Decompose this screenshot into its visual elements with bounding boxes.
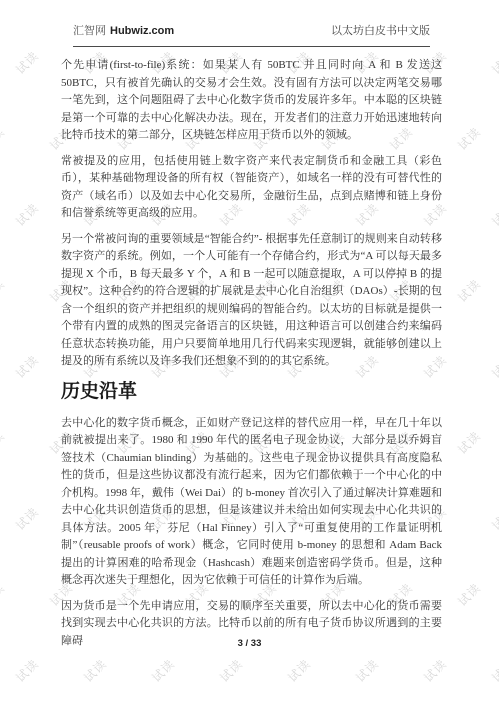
watermark-text: 试读 bbox=[284, 655, 314, 685]
watermark-text: 试读 bbox=[488, 351, 499, 381]
document-title: 以太坊白皮书中文版 bbox=[331, 24, 430, 38]
watermark-text: 试读 bbox=[250, 0, 280, 2]
watermark-text: 试读 bbox=[488, 655, 499, 685]
watermark-text: 试读 bbox=[420, 655, 450, 685]
document-page: 试读试读试读试读试读试读试读试读试读试读试读试读试读试读试读试读试读试读试读试读… bbox=[0, 0, 499, 706]
watermark-text: 试读 bbox=[488, 199, 499, 229]
watermark-text: 试读 bbox=[12, 503, 42, 533]
page-header: 汇智网Hubwiz.com 以太坊白皮书中文版 bbox=[73, 24, 430, 47]
site-brand: 汇智网Hubwiz.com bbox=[73, 24, 174, 38]
watermark-text: 试读 bbox=[454, 123, 484, 153]
watermark-text: 试读 bbox=[182, 0, 212, 2]
watermark-text: 试读 bbox=[454, 427, 484, 457]
watermark-text: 试读 bbox=[148, 655, 178, 685]
watermark-text: 试读 bbox=[0, 123, 8, 153]
watermark-text: 试读 bbox=[386, 0, 416, 2]
page-footer: 3 / 33 bbox=[0, 638, 499, 649]
watermark-text: 试读 bbox=[0, 0, 8, 2]
watermark-text: 试读 bbox=[352, 655, 382, 685]
page-number: 3 / 33 bbox=[238, 638, 262, 649]
watermark-text: 试读 bbox=[454, 579, 484, 609]
watermark-text: 试读 bbox=[0, 275, 8, 305]
watermark-text: 试读 bbox=[114, 0, 144, 2]
watermark-text: 试读 bbox=[12, 655, 42, 685]
site-domain: Hubwiz.com bbox=[110, 25, 174, 37]
watermark-text: 试读 bbox=[488, 47, 499, 77]
site-name: 汇智网 bbox=[73, 25, 106, 37]
watermark-text: 试读 bbox=[454, 275, 484, 305]
watermark-text: 试读 bbox=[318, 0, 348, 2]
paragraph: 另一个常被问询的重要领域是“智能合约”- 根据事先任意制订的规则来自动转移数字资… bbox=[61, 231, 442, 371]
paragraph: 常被提及的应用，包括使用链上数字资产来代表定制货币和金融工具（彩色币），某种基础… bbox=[61, 153, 442, 223]
watermark-text: 试读 bbox=[216, 655, 246, 685]
section-heading: 历史沿革 bbox=[61, 381, 442, 403]
watermark-text: 试读 bbox=[488, 503, 499, 533]
watermark-text: 试读 bbox=[0, 579, 8, 609]
watermark-text: 试读 bbox=[80, 655, 110, 685]
page-content: 个先申请(first-to-file)系统：如果某人有 50BTC 并且同时向 … bbox=[61, 57, 442, 658]
watermark-text: 试读 bbox=[46, 0, 76, 2]
paragraph: 去中心化的数字货币概念，正如财产登记这样的替代应用一样，早在几十年以前就被提出来… bbox=[61, 415, 442, 590]
watermark-text: 试读 bbox=[454, 0, 484, 2]
watermark-text: 试读 bbox=[12, 351, 42, 381]
watermark-text: 试读 bbox=[0, 427, 8, 457]
watermark-text: 试读 bbox=[12, 47, 42, 77]
watermark-text: 试读 bbox=[12, 199, 42, 229]
paragraph: 个先申请(first-to-file)系统：如果某人有 50BTC 并且同时向 … bbox=[61, 57, 442, 145]
